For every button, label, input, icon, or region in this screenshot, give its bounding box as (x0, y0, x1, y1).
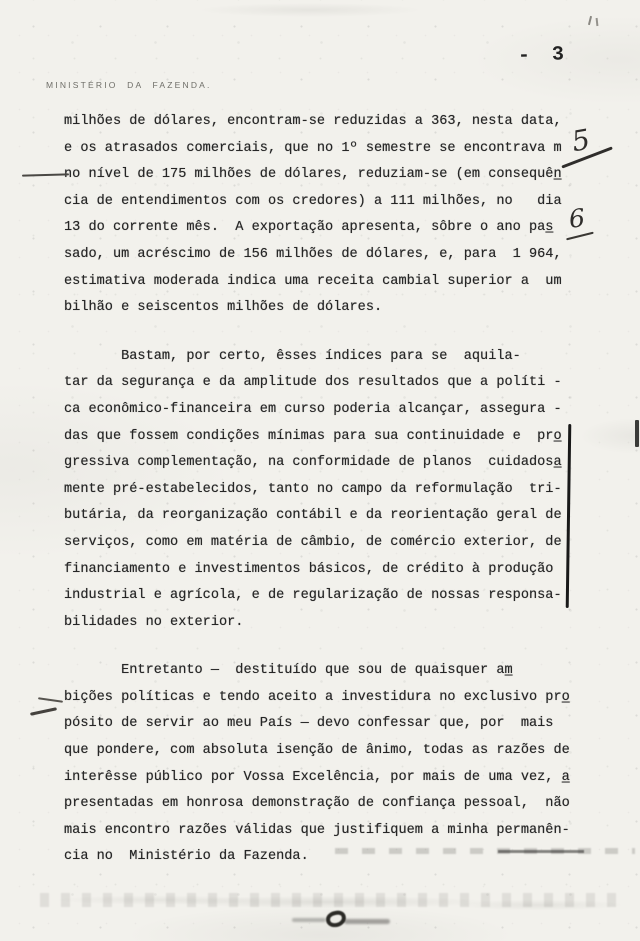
text-line: 13 do corrente mês. A exportação apresen… (64, 215, 576, 242)
text-line: e os atrasados comerciais, que no 1º sem… (64, 136, 576, 163)
stray-pen-mark (588, 16, 592, 25)
text-line: mais encontro razões válidas que justifi… (64, 818, 576, 845)
handwritten-left-margin-mark (38, 697, 63, 702)
text-line: butária, da reorganização contábil e da … (64, 503, 576, 530)
text-line: pósito de servir ao meu País — devo conf… (64, 711, 576, 738)
text-line: estimativa moderada indica uma receita c… (64, 269, 576, 296)
text-line: tar da segurança e da amplitude dos resu… (64, 370, 576, 397)
scan-noise-band (40, 893, 620, 907)
text-line: bilidades no exterior. (64, 610, 576, 637)
handwritten-margin-note-6: 6 (568, 203, 587, 234)
stray-pen-mark (596, 18, 599, 26)
text-line: cia de entendimentos com os credores) a … (64, 189, 576, 216)
paragraph-1: milhões de dólares, encontram-se reduzid… (64, 109, 576, 322)
text-line: presentadas em honrosa demonstração de c… (64, 791, 576, 818)
text-line: bições políticas e tendo aceito a invest… (64, 685, 576, 712)
text-line: milhões de dólares, encontram-se reduzid… (64, 109, 576, 136)
scan-smudge-streak (335, 848, 635, 854)
text-line: interêsse público por Vossa Excelência, … (64, 765, 576, 792)
paragraph-3: Entretanto — destituído que sou de quais… (64, 658, 576, 871)
document-body: milhões de dólares, encontram-se reduzid… (64, 109, 576, 893)
text-line: gressiva complementação, na conformidade… (64, 450, 576, 477)
text-line: Entretanto — destituído que sou de quais… (64, 658, 576, 685)
text-line: ca econômico-financeira em curso poderia… (64, 397, 576, 424)
text-line: serviços, como em matéria de câmbio, de … (64, 530, 576, 557)
page-edge-mark (635, 420, 639, 447)
text-line: bilhão e seiscentos milhões de dólares. (64, 295, 576, 322)
ink-smudge-trail (344, 919, 390, 924)
text-line: industrial e agrícola, e de regularizaçã… (64, 583, 576, 610)
handwritten-left-margin-dash (22, 173, 69, 177)
page-number: - 3 (518, 43, 570, 68)
text-line: das que fossem condições mínimas para su… (64, 424, 576, 451)
text-line: Bastam, por certo, êsses índices para se… (64, 344, 576, 371)
letterhead: MINISTÉRIO DA FAZENDA. (46, 80, 212, 90)
scan-smudge-streak (498, 850, 584, 853)
ink-smudge-trail (292, 918, 326, 922)
scanned-document-page: MINISTÉRIO DA FAZENDA. - 3 milhões de dó… (0, 0, 640, 941)
text-line: que pondere, com absoluta isenção de âni… (64, 738, 576, 765)
text-line: financiamento e investimentos básicos, d… (64, 557, 576, 584)
handwritten-left-margin-mark (30, 707, 57, 716)
text-line: no nível de 175 milhões de dólares, redu… (64, 162, 576, 189)
text-line: mente pré-estabelecidos, tanto no campo … (64, 477, 576, 504)
text-line: sado, um acréscimo de 156 milhões de dól… (64, 242, 576, 269)
paragraph-2: Bastam, por certo, êsses índices para se… (64, 344, 576, 637)
